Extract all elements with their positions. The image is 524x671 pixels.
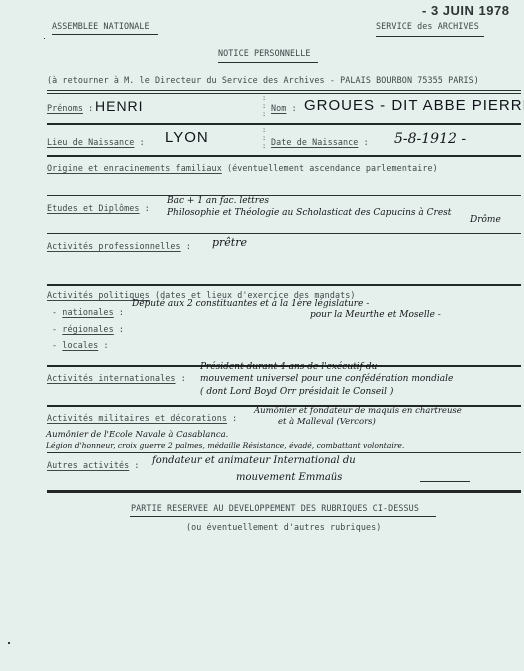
prenoms-label: Prénoms <box>47 103 83 113</box>
date-naissance-value: 5-8-1912 - <box>394 131 466 147</box>
activites-mil-sep: : <box>227 413 237 423</box>
activites-int-label: Activités internationales <box>47 373 176 383</box>
nom-sep: : <box>286 103 296 113</box>
autres-trailing-dash <box>420 481 470 482</box>
activites-int-sep: : <box>176 373 186 383</box>
reserved-section-subtitle: (ou éventuellement d'autres rubriques) <box>186 522 381 532</box>
header-left-underline <box>52 34 158 35</box>
prenoms-field: Prénoms : <box>47 103 93 113</box>
reserved-section-underline <box>130 516 436 517</box>
lieu-naissance-field: Lieu de Naissance : <box>47 137 145 147</box>
autres-field: Autres activités : <box>47 460 140 470</box>
rule-after-mil <box>47 452 521 453</box>
activites-int-line-3: ( dont Lord Boyd Orr présidait le Consei… <box>200 387 393 397</box>
form-title-text: NOTICE PERSONNELLE <box>218 48 311 58</box>
activites-mil-line-4: Légion d'honneur, croix guerre 2 palmes,… <box>46 441 404 450</box>
regionales-sep: : <box>114 324 124 334</box>
rule-after-pro <box>47 284 521 286</box>
autres-line-1: fondateur et animateur International du <box>152 455 356 466</box>
scan-mark <box>8 642 10 644</box>
autres-label: Autres activités <box>47 460 129 470</box>
form-title-underline <box>218 62 318 63</box>
prenoms-value: HENRI <box>95 98 144 114</box>
etudes-line-3: Drôme <box>470 215 501 225</box>
activites-int-line-1: Président durant 4 ans de l'exécutif du <box>200 362 377 372</box>
etudes-sep: : <box>140 203 150 213</box>
activites-mil-line-2: et à Malleval (Vercors) <box>278 417 376 427</box>
nationales-line-2: pour la Meurthe et Moselle - <box>310 310 441 320</box>
notice-personnelle-form: ASSEMBLEE NATIONALE - 3 JUIN 1978 SERVIC… <box>0 0 524 671</box>
top-double-rule <box>47 90 521 94</box>
regionales-label: régionales <box>62 324 113 334</box>
rule-after-origine <box>47 195 521 196</box>
header-right-underline <box>376 36 484 37</box>
activites-mil-label: Activités militaires et décorations <box>47 413 227 423</box>
lieu-naissance-label: Lieu de Naissance <box>47 137 134 147</box>
return-instruction: (à retourner à M. le Directeur du Servic… <box>47 75 479 85</box>
rule-after-birth <box>47 155 521 157</box>
service-archives-header: SERVICE des ARCHIVES <box>376 21 479 31</box>
nom-label: Nom <box>271 103 286 113</box>
autres-sep: : <box>129 460 139 470</box>
activites-int-field: Activités internationales : <box>47 373 186 383</box>
nationales-line-1: Député aux 2 constituantes et à la 1ère … <box>132 299 369 309</box>
etudes-line-1: Bac + 1 an fac. lettres <box>167 196 269 206</box>
activites-pro-field: Activités professionnelles : <box>47 241 191 251</box>
nationales-sep: : <box>114 307 124 317</box>
locales-field: - locales : <box>52 340 109 350</box>
form-title: NOTICE PERSONNELLE <box>218 48 311 58</box>
activites-int-line-2: mouvement universel pour une confédérati… <box>200 374 453 384</box>
date-naissance-sep: : <box>358 137 368 147</box>
etudes-field: Etudes et Diplômes : <box>47 203 150 213</box>
date-naissance-field: Date de Naissance : <box>271 137 369 147</box>
reserved-section-title: PARTIE RESERVEE AU DEVELOPPEMENT DES RUB… <box>131 503 419 513</box>
scan-mark-top <box>44 38 45 39</box>
activites-mil-field: Activités militaires et décorations : <box>47 413 237 423</box>
lieu-naissance-value: LYON <box>165 129 209 146</box>
nationales-field: - nationales : <box>52 307 124 317</box>
lieu-naissance-sep: : <box>134 137 144 147</box>
rule-after-etudes <box>47 233 521 234</box>
activites-pro-sep: : <box>181 241 191 251</box>
rule-after-names <box>47 123 521 125</box>
regionales-field: - régionales : <box>52 324 124 334</box>
activites-mil-line-3: Aumônier de l'Ecole Navale à Casablanca. <box>46 430 228 440</box>
locales-label: locales <box>62 340 98 350</box>
date-stamp: - 3 JUIN 1978 <box>422 3 509 18</box>
nationales-label: nationales <box>62 307 113 317</box>
autres-line-2: mouvement Emmaüs <box>236 472 342 483</box>
activites-mil-line-1: Aumônier et fondateur de maquis en chart… <box>254 406 462 416</box>
date-naissance-label: Date de Naissance <box>271 137 358 147</box>
header-right-text: SERVICE des ARCHIVES <box>376 21 479 31</box>
header-left-text: ASSEMBLEE NATIONALE <box>52 21 150 31</box>
rule-after-autres <box>47 490 521 493</box>
origine-note: (éventuellement ascendance parlementaire… <box>222 163 438 173</box>
origine-field: Origine et enracinements familiaux (éven… <box>47 163 438 173</box>
assemblee-nationale-header: ASSEMBLEE NATIONALE <box>52 21 150 31</box>
prenoms-sep: : <box>83 103 93 113</box>
origine-label: Origine et enracinements familiaux <box>47 163 222 173</box>
etudes-label: Etudes et Diplômes <box>47 203 140 213</box>
column-separator: :::::: <box>262 94 266 150</box>
nom-value: GROUES - DIT ABBE PIERRE <box>304 97 524 114</box>
etudes-line-2: Philosophie et Théologie au Scholasticat… <box>167 208 451 218</box>
activites-pro-label: Activités professionnelles <box>47 241 181 251</box>
locales-sep: : <box>98 340 108 350</box>
nom-field: Nom : <box>271 103 297 113</box>
activites-pro-value: prêtre <box>212 236 247 249</box>
